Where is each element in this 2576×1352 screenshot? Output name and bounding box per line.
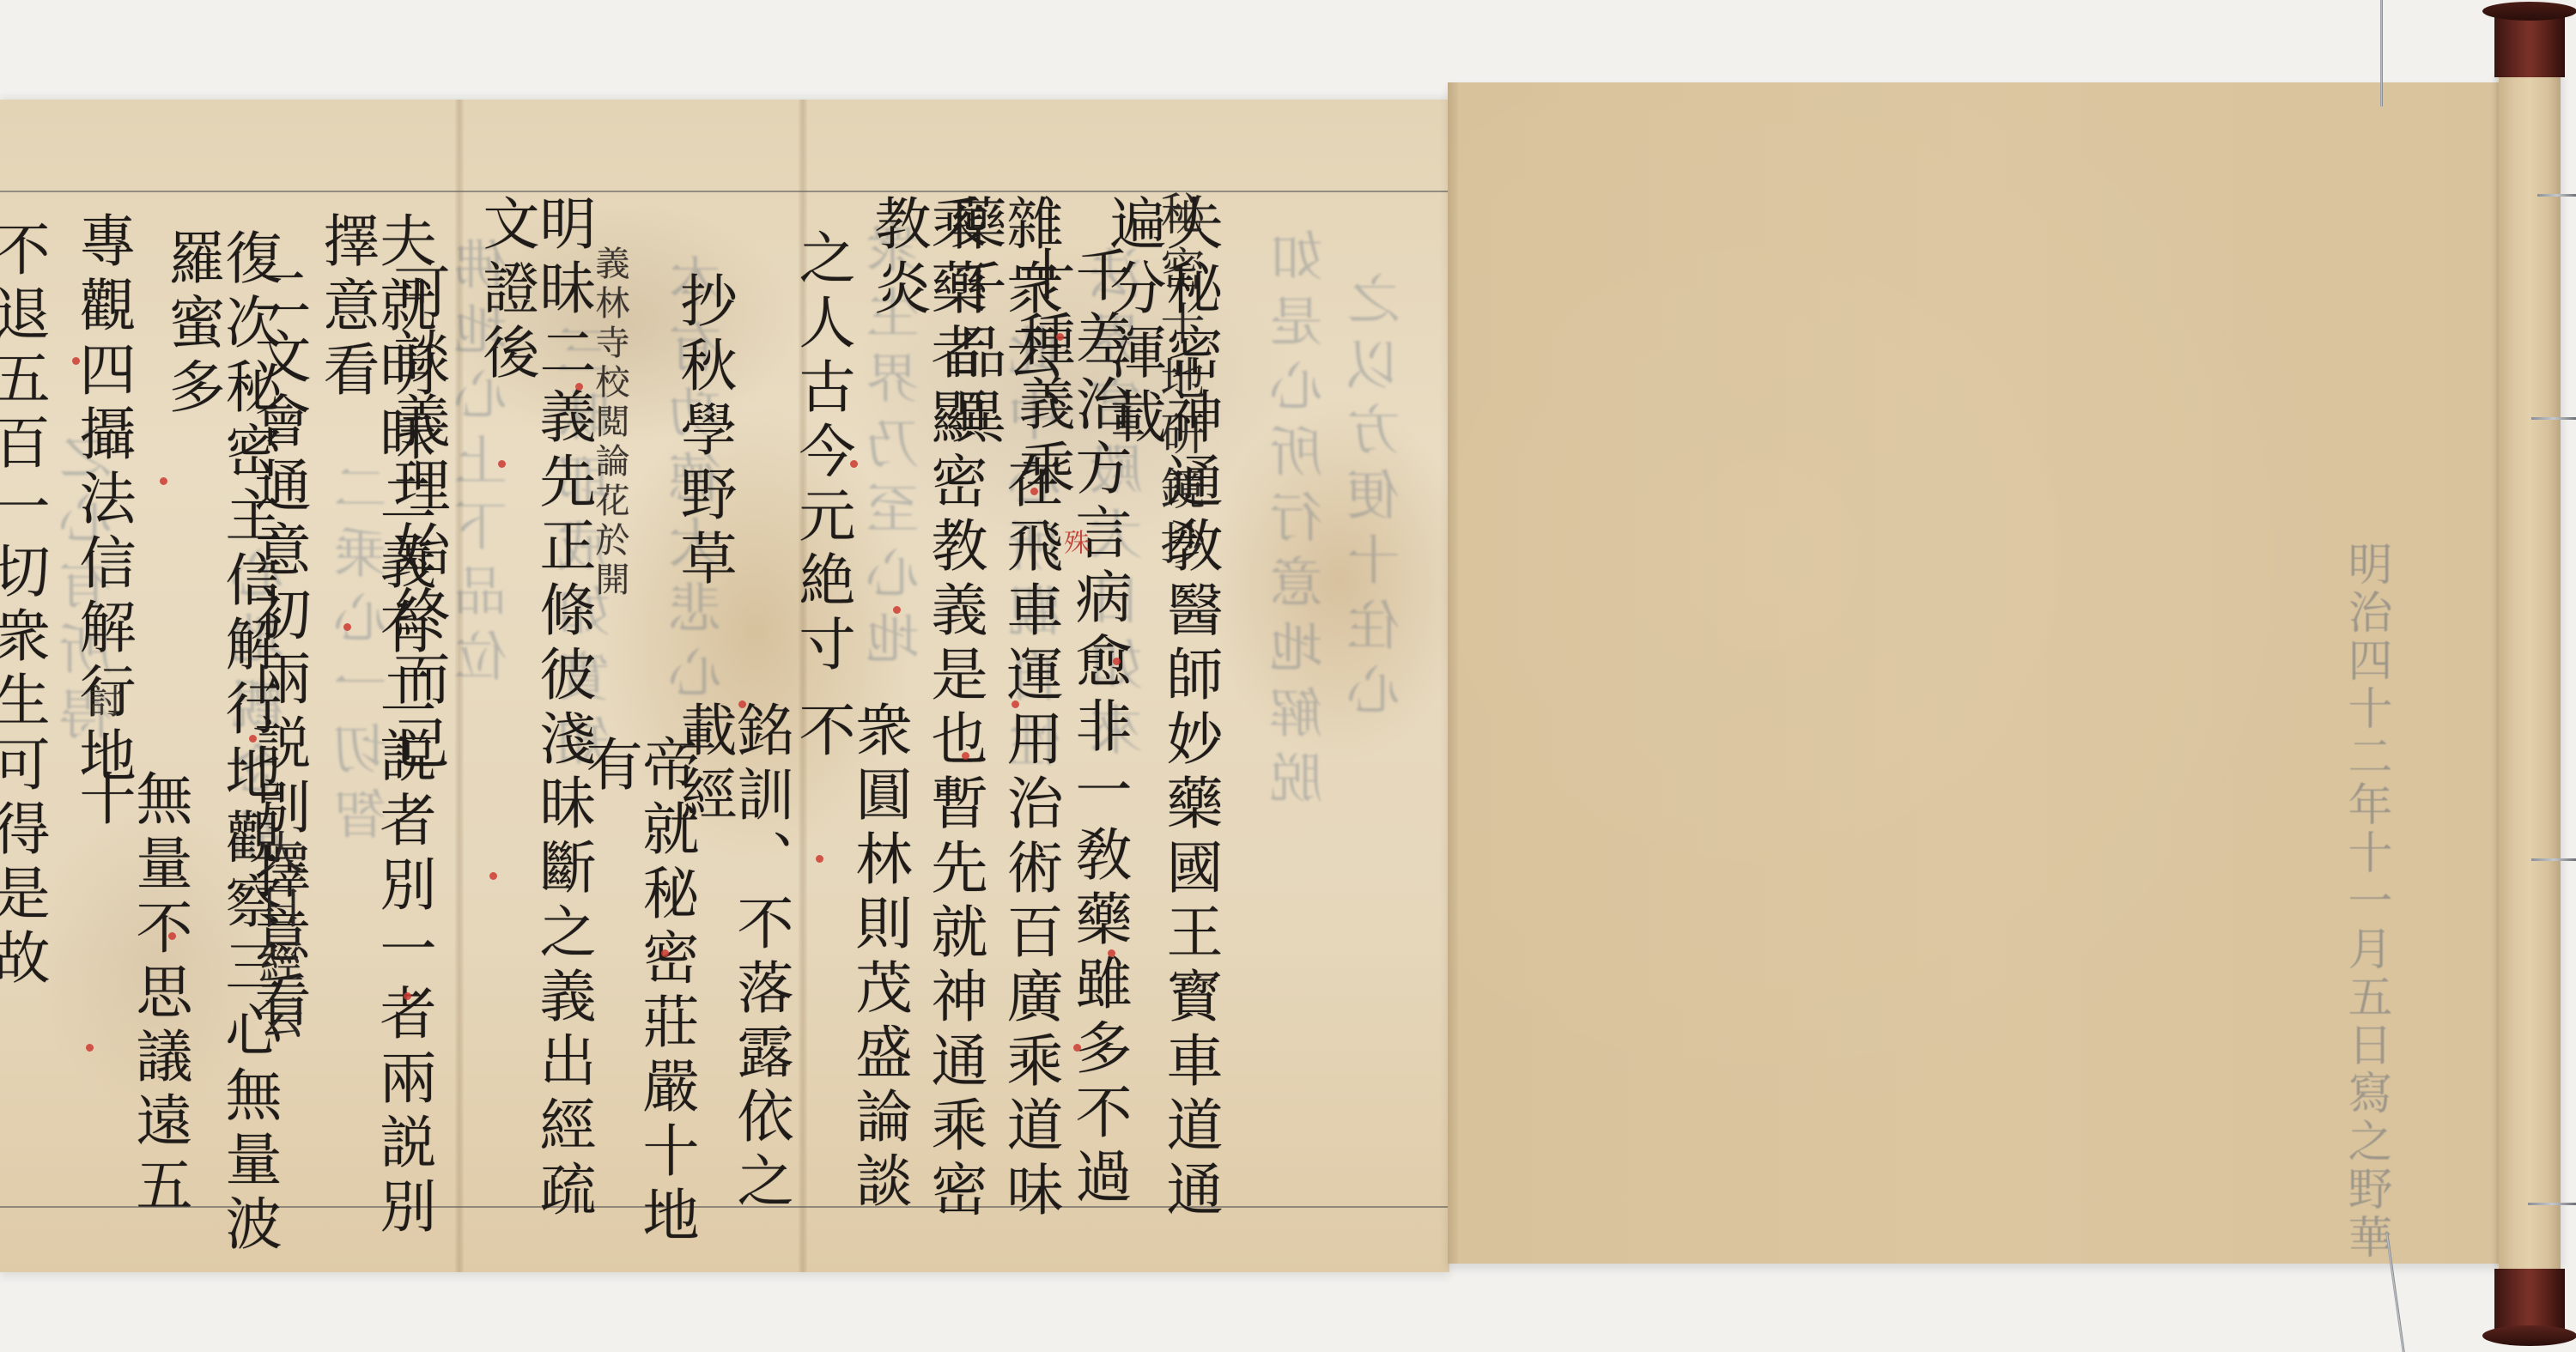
red-punctuation-dot (962, 752, 969, 760)
red-punctuation-dot (343, 623, 351, 631)
red-punctuation-dot (1056, 333, 1064, 341)
mount-join (1448, 82, 1458, 1264)
red-punctuation-dot (1108, 949, 1115, 957)
roller-knob-top (2494, 7, 2565, 77)
scroll-photograph: 如是心所行意地解脱 之以方便十住心 法界宮殿大日如來 此中心所觀自性 衆生界乃至… (0, 0, 2576, 1352)
red-punctuation-dot (1030, 488, 1038, 495)
gloss: 討 (86, 683, 120, 723)
mounting-pin (2380, 0, 2383, 106)
red-gloss: 殊 (1054, 529, 1092, 555)
red-punctuation-dot (1073, 1044, 1081, 1052)
red-punctuation-dot (816, 855, 823, 863)
pencil-inscription: 明治四十二年十一月五日寫之野華 (2334, 541, 2398, 1262)
red-punctuation-dot (249, 735, 257, 743)
mounting-pin (2528, 1203, 2576, 1205)
red-punctuation-dot (850, 460, 858, 468)
manuscript-paper: 如是心所行意地解脱 之以方便十住心 法界宮殿大日如來 此中心所觀自性 衆生界乃至… (0, 100, 1449, 1272)
show-through-writing: 如是心所行意地解脱 (1262, 228, 1339, 815)
show-through-writing: 之以方便十住心 (1340, 271, 1416, 728)
text-column: 夫就明昧二義有二説者別一者兩説別擇意看 (318, 211, 431, 1272)
citation-label: 大日經云 (254, 829, 299, 1049)
top-ruled-line (0, 191, 1449, 192)
red-punctuation-dot (404, 992, 411, 1000)
red-punctuation-dot (893, 606, 901, 614)
red-punctuation-dot (661, 949, 669, 957)
mounting-pin (2531, 417, 2576, 420)
red-punctuation-dot (160, 477, 167, 485)
text-column-partial: 不退五百一切衆生可得是故 (0, 220, 45, 992)
mounting-pin (2531, 858, 2576, 861)
text-column: 帝就秘密莊嚴十地有 (580, 735, 694, 1272)
red-punctuation-dot (1012, 700, 1019, 708)
red-punctuation-dot (168, 932, 176, 940)
mounting-pin (2537, 194, 2576, 197)
red-punctuation-dot (498, 460, 506, 468)
red-punctuation-dot (86, 1044, 94, 1052)
text-column: 抄秋學野草 (675, 271, 732, 593)
scroll-roller (2499, 74, 2561, 1269)
red-punctuation-dot (1113, 658, 1121, 665)
text-column: 明昧二義先正條彼淺昧斷之義出經疏文證後 (477, 194, 591, 1272)
text-column: 衆圓林則茂盛論談不 (793, 700, 907, 1272)
red-punctuation-dot (575, 383, 583, 391)
text-column: 無量不思議遠五十 (74, 769, 187, 1272)
red-punctuation-dot (72, 357, 80, 365)
red-punctuation-dot (489, 872, 497, 880)
roller-knob-bottom (2494, 1269, 2565, 1339)
red-punctuation-dot (738, 700, 746, 708)
text-column: 之人古今元絶寸 (793, 228, 850, 679)
text-column-small: 義林寺校閲論花於開 (592, 246, 627, 601)
